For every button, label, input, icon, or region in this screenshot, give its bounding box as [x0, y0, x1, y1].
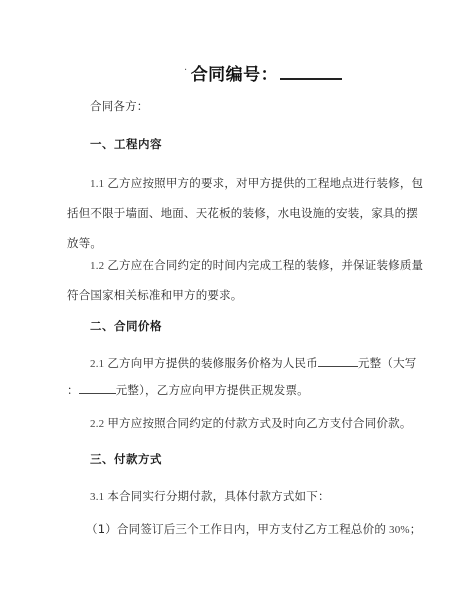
title-mark: ·: [184, 65, 188, 76]
clause-2-1-line-2: ：元整），乙方应向甲方提供正规发票。: [67, 382, 309, 398]
clause-text: 乙方向甲方提供的装修服务价格为人民币: [107, 356, 318, 370]
clause-1-2-line-2: 符合国家相关标准和甲方的要求。: [67, 287, 243, 303]
clause-text: 本合同实行分期付款，具体付款方式如下：: [107, 489, 329, 503]
clause-1-1-line-1: 1.1乙方应按照甲方的要求，对甲方提供的工程地点进行装修，包: [90, 175, 423, 191]
price-blank-rmb[interactable]: [318, 356, 358, 367]
section-heading-3: 三、付款方式: [90, 451, 162, 467]
clause-text: 合同签订后三个工作日内，甲方支付乙方工程总价的: [117, 522, 386, 536]
section-heading-1: 一、工程内容: [90, 136, 162, 152]
contract-number-blank: [280, 64, 342, 80]
clause-text: 元整），乙方应向甲方提供正规发票。: [116, 383, 309, 397]
clause-1-1-line-2: 括但不限于墙面、地面、天花板的装修，水电设施的安装，家具的摆: [67, 205, 418, 221]
clause-1-1-line-3: 放等。: [67, 235, 102, 251]
price-blank-uppercase[interactable]: [79, 383, 116, 394]
clause-1-2-line-1: 1.2乙方应在合同约定的时间内完成工程的装修，并保证装修质量: [90, 257, 423, 273]
clause-text: ；: [410, 522, 422, 536]
contract-number-label: 合同编号：: [191, 65, 279, 85]
payment-percent: 30%: [389, 524, 410, 536]
clause-number: 2.1: [90, 358, 104, 370]
clause-number: 3.1: [90, 491, 104, 503]
clause-3-1-item-1: （1）合同签订后三个工作日内，甲方支付乙方工程总价的30%；: [86, 521, 422, 537]
parties-label: 合同各方：: [90, 98, 149, 114]
clause-2-1-line-1: 2.1乙方向甲方提供的装修服务价格为人民币元整（大写: [90, 355, 416, 371]
clause-text: ：: [67, 383, 79, 397]
clause-number: 1.2: [90, 260, 104, 272]
clause-2-2-line-1: 2.2甲方应按照合同约定的付款方式及时向乙方支付合同价款。: [90, 415, 412, 431]
clause-text: 乙方应按照甲方的要求，对甲方提供的工程地点进行装修，包: [107, 176, 423, 190]
clause-text: 甲方应按照合同约定的付款方式及时向乙方支付合同价款。: [107, 416, 411, 430]
document-page: ·合同编号： 合同各方： 一、工程内容 1.1乙方应按照甲方的要求，对甲方提供的…: [0, 0, 463, 600]
clause-number: 1.1: [90, 178, 104, 190]
clause-text: 乙方应在合同约定的时间内完成工程的装修，并保证装修质量: [107, 258, 423, 272]
contract-title: ·合同编号：: [184, 60, 342, 85]
clause-3-1-line-1: 3.1本合同实行分期付款，具体付款方式如下：: [90, 488, 330, 504]
section-heading-2: 二、合同价格: [90, 318, 162, 334]
item-number: （1）: [86, 522, 117, 536]
clause-number: 2.2: [90, 418, 104, 430]
clause-text: 元整（大写: [358, 356, 417, 370]
